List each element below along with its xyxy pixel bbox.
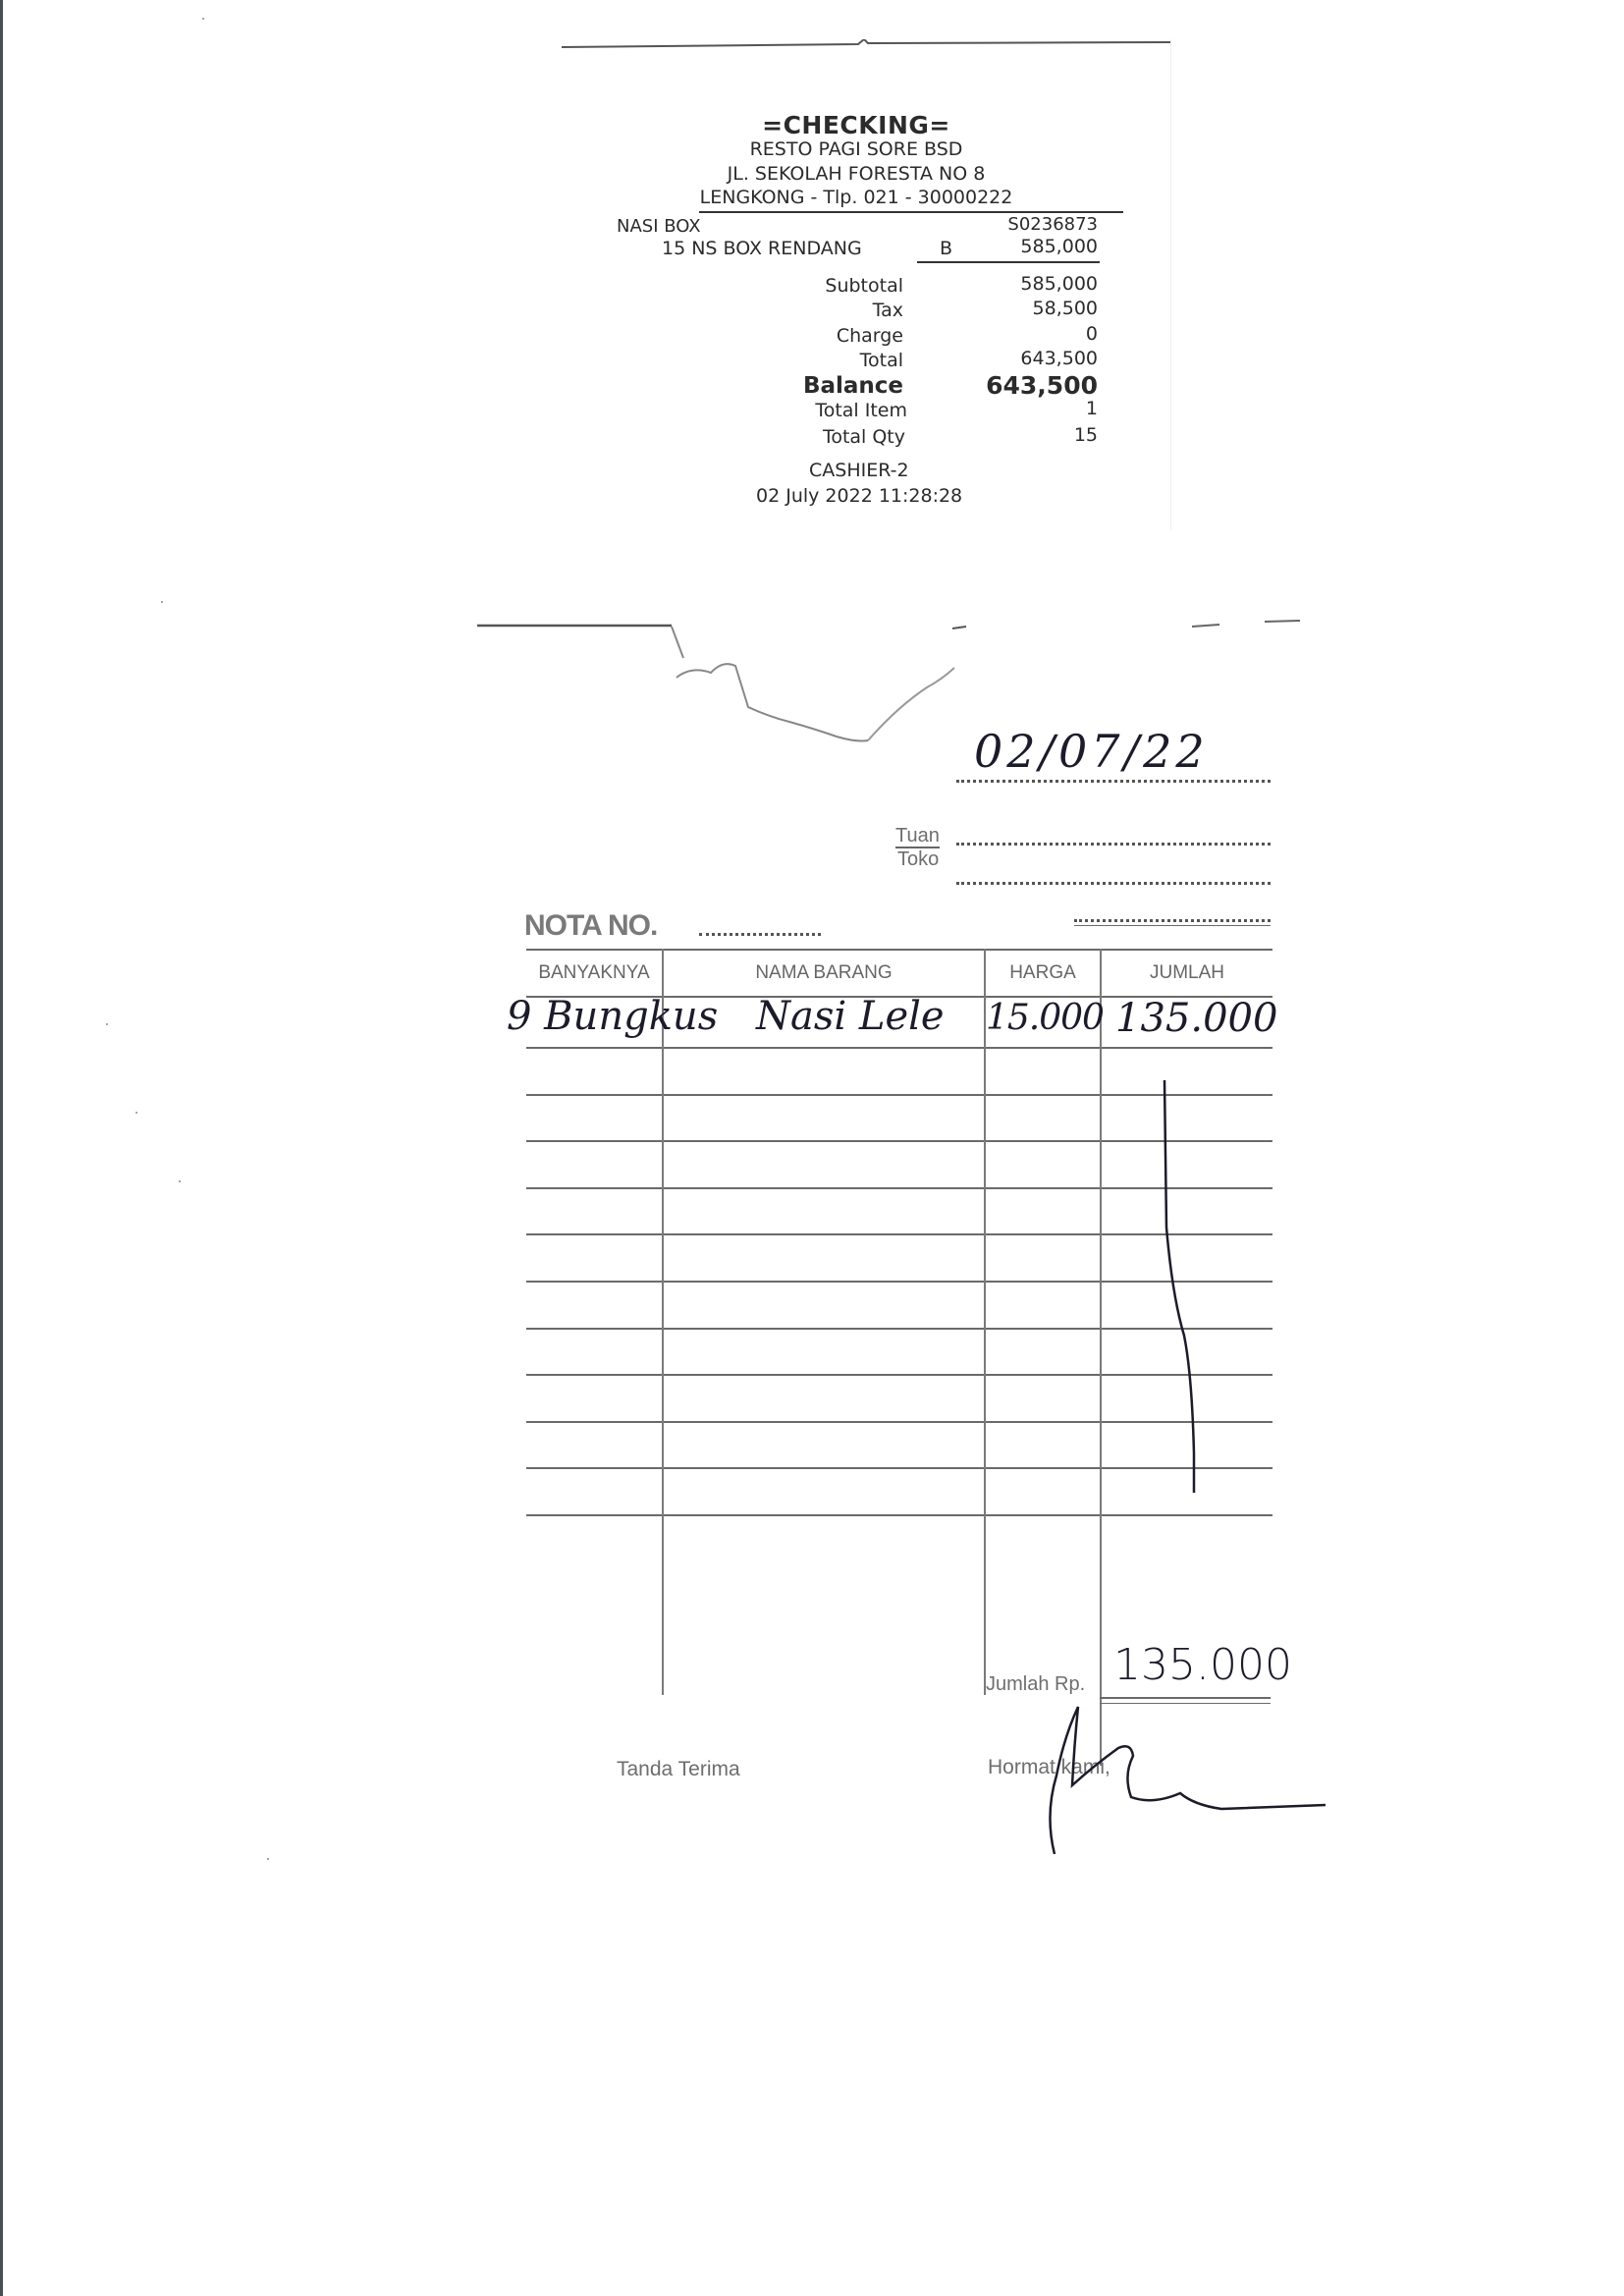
- cell-nama-barang: Nasi Lele: [756, 994, 945, 1039]
- cell-harga: 15.000: [986, 998, 1104, 1038]
- table-top-rule: [526, 949, 1272, 951]
- tax-label: Tax: [873, 300, 903, 321]
- item-qty-name: 15 NS BOX RENDANG: [662, 238, 862, 259]
- col-header-nama-barang: NAMA BARANG: [664, 962, 984, 984]
- table-row-rule: [526, 1047, 1272, 1049]
- col-header-jumlah: JUMLAH: [1102, 962, 1272, 984]
- cell-jumlah: 135.000: [1115, 996, 1277, 1041]
- table-row-rule: [526, 1233, 1272, 1235]
- table-row-rule: [526, 1094, 1272, 1096]
- tanda-terima-label: Tanda Terima: [617, 1758, 740, 1781]
- total-label: Total: [860, 350, 903, 371]
- cell-banyaknya: 9 Bungkus: [507, 994, 718, 1039]
- table-row-rule: [526, 1374, 1272, 1376]
- handwritten-date: 02/07/22: [974, 725, 1209, 778]
- receipt-tear-edge: [562, 39, 1170, 53]
- table-row-rule: [526, 1328, 1272, 1330]
- pen-stroke: [1163, 1080, 1221, 1503]
- balance-label: Balance: [803, 373, 903, 399]
- signature: [1005, 1697, 1326, 1854]
- scan-speck: [267, 1858, 269, 1860]
- table-row-rule: [526, 1140, 1272, 1142]
- column-divider: [662, 949, 664, 1695]
- table-row-rule: [526, 1281, 1272, 1283]
- scan-speck: [135, 1112, 137, 1114]
- divider: [699, 211, 1123, 213]
- total-qty-value: 15: [1074, 424, 1098, 446]
- col-header-harga: HARGA: [986, 962, 1100, 984]
- nota-form: 02/07/22 Tuan Toko NOTA NO. BANYAKNYA NA…: [475, 619, 1326, 1827]
- total-qty-label: Total Qty: [823, 426, 905, 448]
- nota-no-label: NOTA NO.: [524, 909, 657, 943]
- subtotal-value: 585,000: [1020, 273, 1098, 295]
- total-value: 643,500: [1020, 348, 1098, 369]
- charge-label: Charge: [837, 325, 903, 347]
- receipt-category: NASI BOX: [617, 216, 701, 237]
- receipt-datetime: 02 July 2022 11:28:28: [756, 485, 962, 507]
- scan-border: [0, 0, 3, 2296]
- total-item-label: Total Item: [815, 400, 907, 421]
- scan-speck: [161, 601, 163, 603]
- table-row-rule: [526, 1187, 1272, 1189]
- table-row-rule: [526, 1421, 1272, 1423]
- toko-label: Toko: [897, 848, 939, 871]
- charge-value: 0: [1086, 323, 1098, 345]
- jumlah-rp-label: Jumlah Rp.: [986, 1673, 1085, 1696]
- cashier: CASHIER-2: [809, 460, 909, 481]
- toko-dotted-line[interactable]: [956, 882, 1271, 885]
- receipt-number: S0236873: [1007, 214, 1098, 235]
- table-row-rule: [526, 1514, 1272, 1516]
- scan-speck: [106, 1023, 108, 1025]
- item-amount: 585,000: [1020, 236, 1098, 257]
- nota-no-dotted-line[interactable]: [699, 933, 821, 936]
- total-amount: 135.000: [1113, 1640, 1292, 1690]
- store-address: JL. SEKOLAH FORESTA NO 8: [562, 163, 1151, 185]
- scan-speck: [179, 1180, 181, 1182]
- receipt-header: =CHECKING=: [562, 111, 1151, 139]
- store-name: RESTO PAGI SORE BSD: [562, 138, 1151, 160]
- tuan-label: Tuan: [895, 825, 940, 848]
- column-divider: [1100, 949, 1102, 1766]
- column-divider: [984, 949, 986, 1695]
- item-code: B: [940, 238, 952, 259]
- total-item-value: 1: [1086, 398, 1098, 419]
- tax-value: 58,500: [1033, 298, 1098, 319]
- subtotal-label: Subtotal: [825, 275, 903, 297]
- divider: [917, 261, 1100, 263]
- balance-value: 643,500: [986, 371, 1098, 400]
- right-dotted-line: [1074, 919, 1271, 922]
- thermal-receipt: =CHECKING= RESTO PAGI SORE BSD JL. SEKOL…: [562, 39, 1171, 530]
- date-dotted-line: [956, 780, 1271, 783]
- scan-speck: [202, 18, 204, 20]
- store-city-phone: LENGKONG - Tlp. 021 - 30000222: [562, 187, 1151, 208]
- tuan-dotted-line[interactable]: [956, 843, 1271, 846]
- divider: [1074, 925, 1271, 926]
- col-header-banyaknya: BANYAKNYA: [526, 962, 662, 984]
- table-row-rule: [526, 1467, 1272, 1469]
